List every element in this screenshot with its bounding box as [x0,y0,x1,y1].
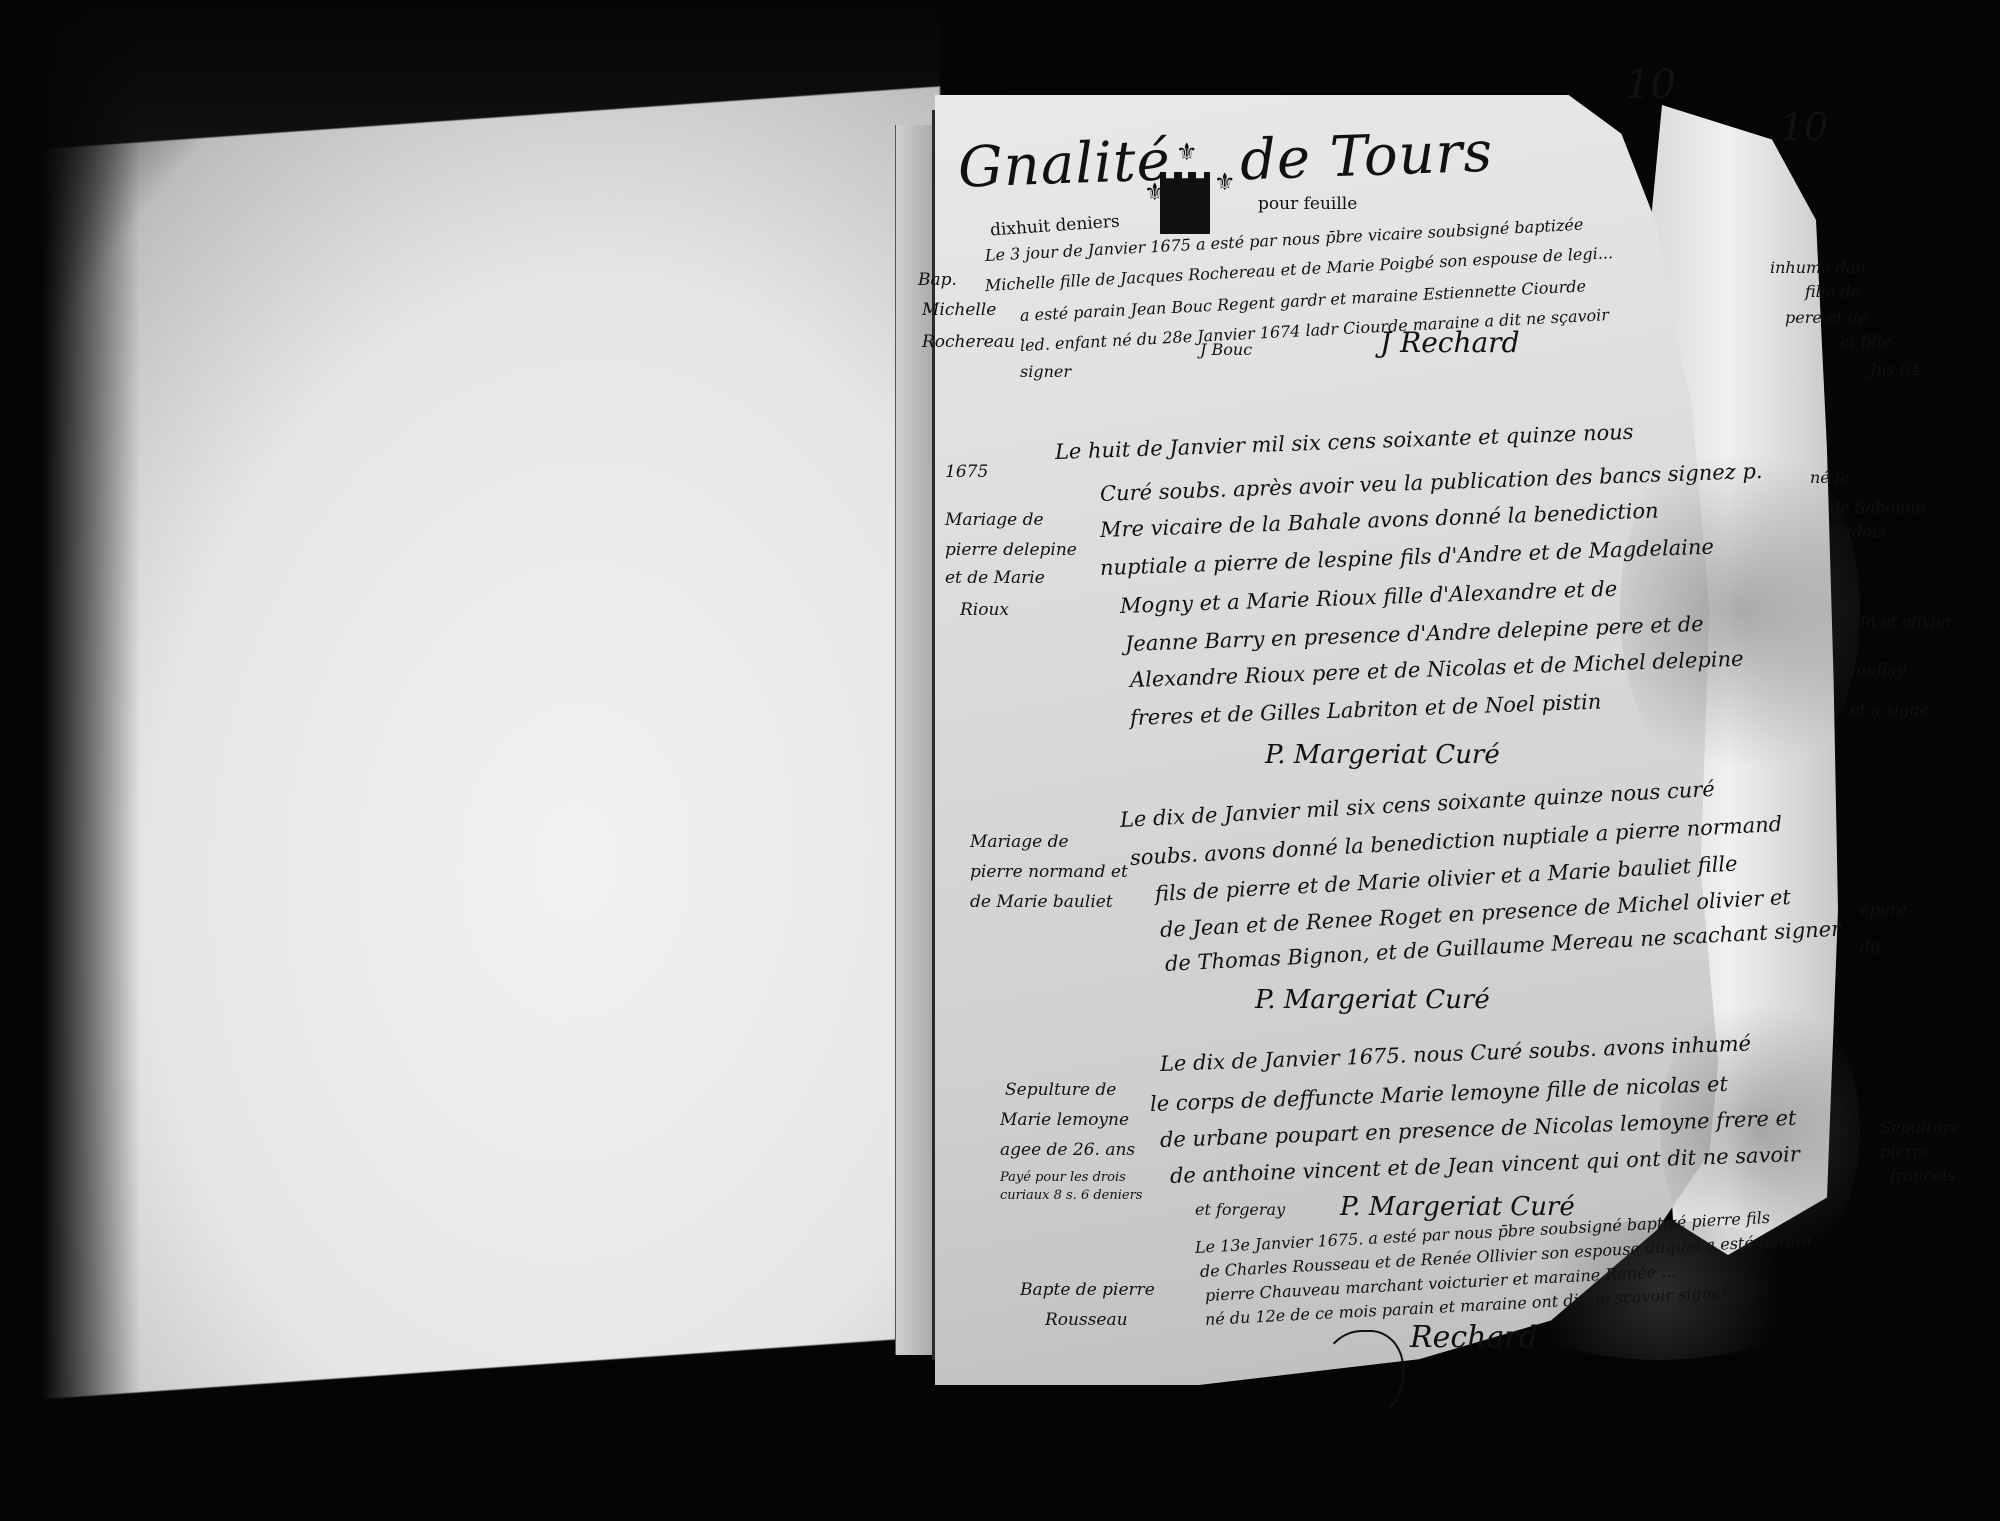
entry-line: signer [1020,362,1071,381]
fragment-text: francois [1890,1166,1955,1185]
fragment-text: et a signé [1850,700,1929,719]
fragment-text: épuré [1860,900,1907,919]
margin-note: agee de 26. ans [1000,1140,1135,1160]
signature: P. Margeriat Curé [1255,985,1490,1015]
margin-note: Michelle [922,300,996,320]
margin-note: Bapte de pierre [1020,1280,1155,1300]
margin-note: Rousseau [1045,1310,1128,1330]
margin-note: et de Marie [945,568,1045,588]
margin-note: Mariage de [970,832,1069,852]
margin-note: curiaux 8 s. 6 deniers [1000,1188,1142,1203]
margin-note: Payé pour les drois [1000,1170,1126,1185]
margin-note: pierre normand et [970,862,1128,882]
signature: Rechard [1410,1320,1538,1355]
fragment-text: Radois [1830,522,1885,541]
fragment-text: né le [1810,468,1849,487]
fragment-text: fille de [1805,282,1860,301]
folio-mark: 10 [1625,62,1676,108]
signature: P. Margeriat Curé [1265,740,1500,770]
margin-note: Sepulture de [1005,1080,1116,1100]
fragment-text: Sepulture [1880,1118,1960,1137]
margin-note: Mariage de [945,510,1044,530]
margin-note: pierre delepine [945,540,1077,560]
left-blank-page [30,86,940,1400]
fleur-de-lis-icon: ⚜ [1214,168,1236,196]
fragment-text: inhumé dan [1770,258,1866,277]
margin-note: Bap. [918,270,957,290]
fragment-text: pere et de [1785,308,1868,327]
fragment-text: Jus 64 [1870,360,1920,379]
stamp-title-left: Gnalité [957,128,1172,200]
tower-icon [1160,172,1210,234]
margin-note: Rochereau [922,332,1015,352]
fragment-text: de Sabonne [1830,498,1925,517]
gutter-margin-line [932,110,935,1360]
fragment-text: et fille [1840,332,1891,351]
signature: J Rechard [1380,326,1520,359]
fleur-de-lis-icon: ⚜ [1176,138,1198,166]
margin-note: Marie lemoyne [1000,1110,1129,1130]
fragment-text: Jouflay [1850,660,1906,679]
margin-note: de Marie bauliet [970,892,1113,912]
fragment-text: dit [1860,938,1882,957]
signature-flourish [1320,1330,1404,1424]
signature: P. Margeriat Curé [1340,1192,1575,1222]
fragment-text: quin et olivier [1840,612,1953,631]
signature: J Bouc [1200,340,1252,359]
margin-note: Rioux [960,600,1009,620]
folio-mark: 10 [1780,105,1828,149]
stamp-title-right: de Tours [1239,120,1494,194]
fragment-text: pierre [1880,1142,1930,1161]
margin-note: 1675 [945,462,988,482]
stamp-unit: pour feuille [1258,194,1357,214]
scanner-shadow-left [0,0,140,1521]
entry-line: et forgeray [1195,1200,1285,1219]
